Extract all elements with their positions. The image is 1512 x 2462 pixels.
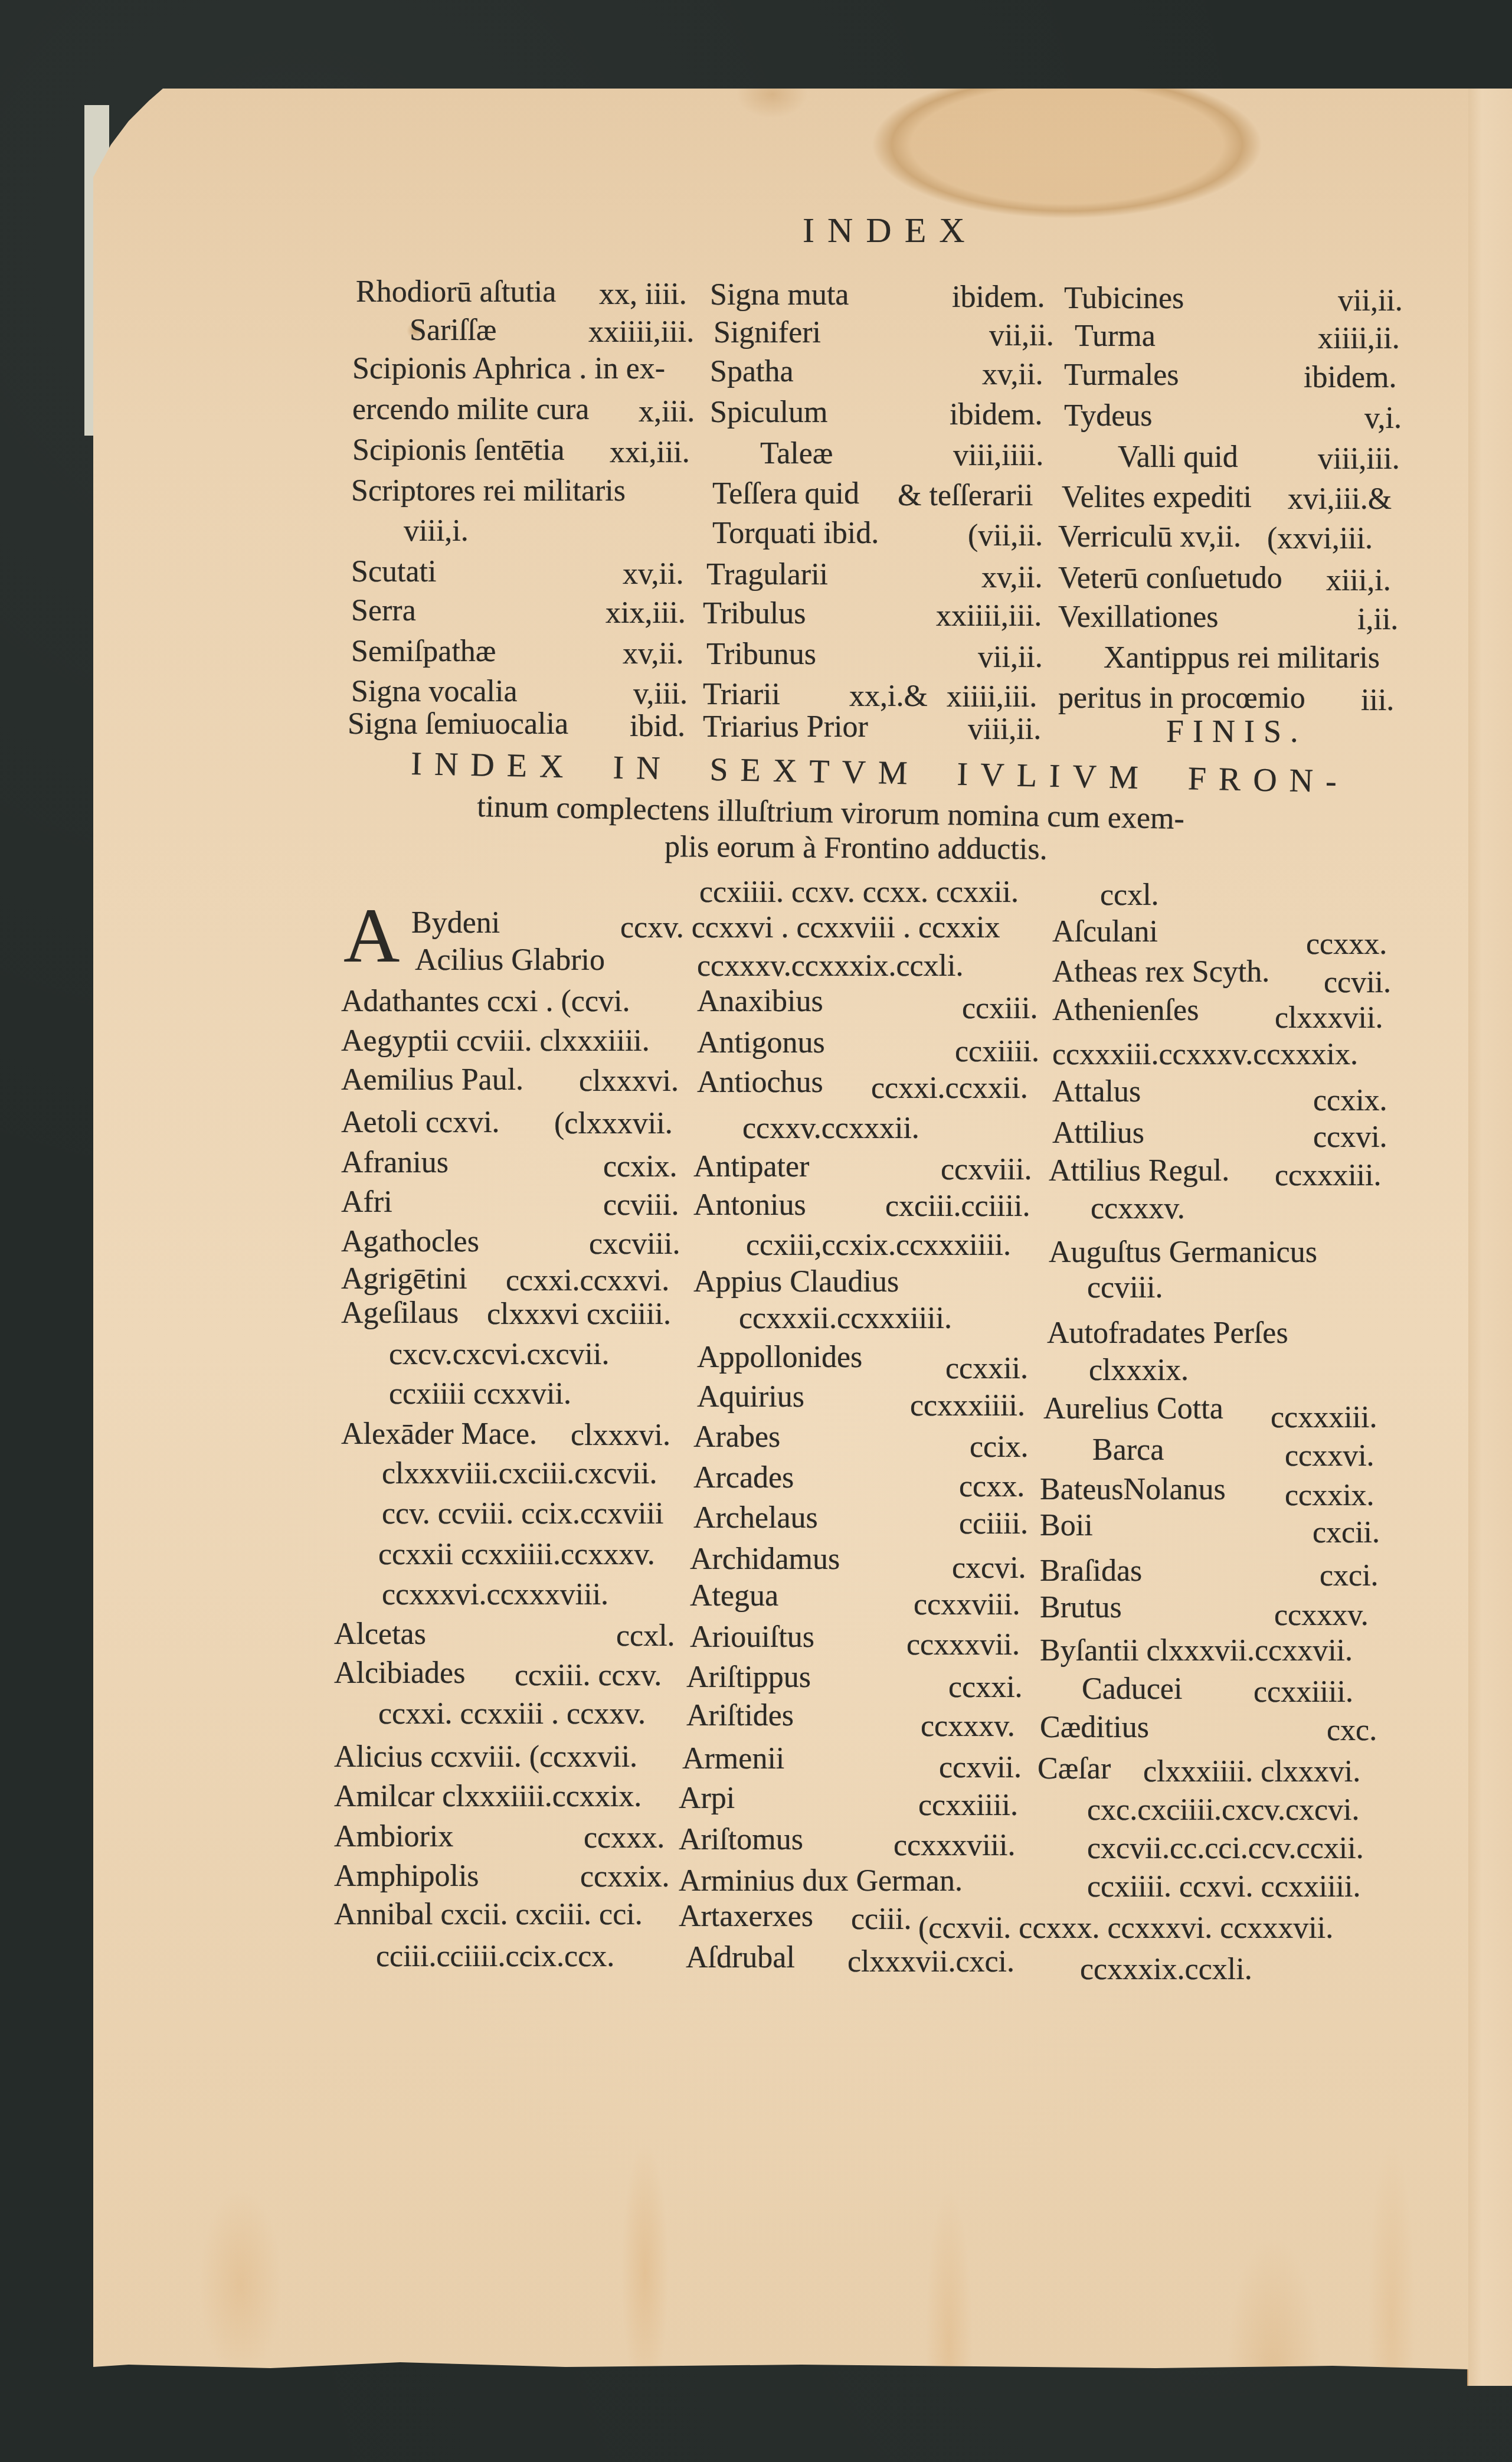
index-ref: cxc.cxciiii.cxcv.cxcvi. bbox=[1087, 1795, 1360, 1826]
index-ref: clxxxiiii. clxxxvi. bbox=[1143, 1757, 1360, 1787]
index-term: Archelaus bbox=[693, 1503, 818, 1534]
index-term: Attalus bbox=[1052, 1077, 1141, 1107]
index-ref: ccxiii. ccxv. bbox=[515, 1660, 662, 1691]
index-term: Aſculani bbox=[1052, 917, 1158, 947]
index-ref: xiii,i. bbox=[1326, 565, 1391, 596]
index-term: Tubicines bbox=[1064, 283, 1184, 314]
index-ref: cxcvi. bbox=[952, 1553, 1026, 1584]
index-ref: xiiii,ii. bbox=[1318, 323, 1400, 354]
index-term: Scipionis ſentētia bbox=[352, 435, 565, 466]
index-term: Signa ſemiuocalia bbox=[348, 709, 568, 740]
index-ref: xx,i.& bbox=[849, 681, 928, 712]
index-ref: ccxxi.ccxxvi. bbox=[506, 1266, 669, 1296]
index-ref: cxcv.cxcvi.cxcvii. bbox=[389, 1339, 609, 1370]
index-ref: ccxl. bbox=[616, 1621, 675, 1652]
index-term: Ariſtides bbox=[686, 1701, 794, 1731]
index-term: Signa vocalia bbox=[351, 676, 518, 707]
index-term: Anaxibius bbox=[697, 986, 823, 1017]
index-ref: ccxiiii. bbox=[955, 1037, 1039, 1067]
index-term: BateusNolanus bbox=[1040, 1474, 1226, 1505]
index-term: Alexāder Mace. bbox=[341, 1419, 537, 1450]
index-term: Spiculum bbox=[710, 397, 827, 428]
index-term: Cæſar bbox=[1038, 1754, 1111, 1784]
index-ref: ccxxxii.ccxxxiiii. bbox=[739, 1303, 952, 1334]
index-term: Ariouiſtus bbox=[690, 1622, 814, 1653]
index-ref: (xxvi,iii. bbox=[1267, 524, 1373, 554]
index-ref: cxc. bbox=[1327, 1715, 1377, 1746]
index-term: Caducei bbox=[1082, 1674, 1182, 1705]
index-ref: clxxxvi cxciiii. bbox=[487, 1299, 671, 1330]
index-term: Arminius dux German. bbox=[679, 1866, 963, 1897]
index-ref: clxxxix. bbox=[1089, 1355, 1189, 1386]
index-term: Artaxerxes bbox=[679, 1901, 813, 1932]
index-ref: ccxvii. bbox=[939, 1753, 1022, 1783]
index-ref: xix,iii. bbox=[606, 598, 686, 629]
index-ref: clxxxvi. bbox=[579, 1066, 679, 1097]
index-ref: ccv. ccviii. ccix.ccxviii bbox=[382, 1499, 663, 1529]
index-ref: xiiii,iii. bbox=[947, 682, 1037, 712]
index-term: Ambiorix bbox=[334, 1822, 453, 1852]
index-ref: xv,ii. bbox=[623, 559, 684, 590]
index-term: Armenii bbox=[682, 1744, 784, 1774]
index-ref: ccxiii. bbox=[962, 993, 1038, 1024]
index-term: Antonius bbox=[693, 1190, 806, 1221]
index-ref: ccxviii. bbox=[941, 1155, 1032, 1185]
index-term: Appollonides bbox=[697, 1342, 862, 1373]
index-term: Tribulus bbox=[703, 599, 806, 629]
index-term: Acilius Glabrio bbox=[415, 945, 605, 976]
index-ref: iii. bbox=[1361, 685, 1394, 716]
index-term: Verriculū xv,ii. bbox=[1058, 522, 1241, 552]
index-ref: ccxxxv. bbox=[921, 1711, 1015, 1742]
index-term: Aemilius Paul. bbox=[341, 1065, 523, 1096]
index-term: Antigonus bbox=[697, 1028, 825, 1058]
index-ref: ccxvi. bbox=[1313, 1122, 1387, 1153]
index-ref: xxi,iii. bbox=[610, 437, 690, 468]
index-term: Signiferi bbox=[714, 318, 821, 348]
index-term: Arcades bbox=[693, 1463, 794, 1493]
index-ref: viii,i. bbox=[404, 516, 469, 547]
index-term: Aegyptii ccviii. clxxxiiii. bbox=[341, 1026, 650, 1057]
index-ref: xv,ii. bbox=[981, 563, 1043, 593]
index-ref: ccxxviii. bbox=[914, 1590, 1020, 1620]
index-term: Aquirius bbox=[697, 1382, 804, 1413]
index-ref: vii,ii. bbox=[978, 642, 1043, 673]
index-ref: clxxxvi. bbox=[571, 1420, 670, 1451]
index-term: Afri bbox=[341, 1187, 392, 1218]
index-term: Agathocles bbox=[341, 1227, 479, 1257]
index-ref: ccxxxv. bbox=[1091, 1194, 1185, 1224]
index-ref: viii,iii. bbox=[1318, 444, 1400, 475]
index-ref: i,ii. bbox=[1357, 604, 1398, 635]
index-term: Boii bbox=[1040, 1510, 1093, 1541]
index-term: ercendo milite cura bbox=[352, 394, 589, 425]
index-term: Byſantii clxxxvii.ccxxvii. bbox=[1040, 1636, 1353, 1666]
index-ref: ccxxxvi.ccxxxviii. bbox=[382, 1580, 608, 1610]
index-ref: v,i. bbox=[1364, 403, 1402, 434]
index-term: Alcetas bbox=[334, 1619, 426, 1650]
adjacent-page-edge bbox=[1467, 89, 1512, 2386]
index-term: Ageſilaus bbox=[341, 1298, 459, 1329]
index-term: Attilius Regul. bbox=[1049, 1156, 1229, 1186]
index-ref: ccxiiii. ccxvi. ccxxiiii. bbox=[1087, 1872, 1361, 1902]
index-ref: (vii,ii. bbox=[968, 521, 1043, 551]
index-ref: ccxl. bbox=[1100, 880, 1159, 911]
index-ref: xv,ii. bbox=[623, 639, 684, 669]
index-term: Tragularii bbox=[706, 560, 828, 590]
index-ref: ccix. bbox=[970, 1432, 1029, 1463]
index-term: Signa muta bbox=[710, 280, 849, 310]
index-term: Arabes bbox=[693, 1422, 780, 1453]
index-term: Afranius bbox=[341, 1147, 449, 1178]
index-term: Teſſera quid bbox=[712, 479, 859, 509]
index-ref: ccxxxix.ccxli. bbox=[1080, 1954, 1252, 1985]
index-term: Appius Claudius bbox=[693, 1267, 899, 1297]
index-ref: (ccxvii. ccxxx. ccxxxvi. ccxxxvii. bbox=[918, 1913, 1333, 1944]
index-term: Autofradates Perſes bbox=[1047, 1318, 1288, 1349]
index-term: Alcibiades bbox=[334, 1658, 465, 1689]
index-ref: vii,ii. bbox=[1338, 286, 1403, 316]
index-term: Aſdrubal bbox=[686, 1943, 795, 1973]
index-ref: clxxxvii. bbox=[1275, 1003, 1383, 1034]
index-term: Ategua bbox=[690, 1581, 778, 1611]
index-ref: ccxix. bbox=[1313, 1085, 1387, 1116]
index-ref: clxxxvii.cxci. bbox=[847, 1947, 1014, 1977]
index-term: Tydeus bbox=[1064, 401, 1152, 431]
index-ref: cxcviii. bbox=[589, 1229, 680, 1260]
index-ref: clxxxviii.cxciii.cxcvii. bbox=[382, 1459, 657, 1489]
index-ref: ccxxxv.ccxxxix.ccxli. bbox=[697, 951, 963, 982]
index-ref: ibidem. bbox=[952, 282, 1045, 313]
index-term: Bydeni bbox=[411, 908, 500, 939]
index-ref: cciiii. bbox=[959, 1509, 1028, 1539]
index-term: Antiochus bbox=[697, 1067, 823, 1098]
index-ref: ccxxxiii. bbox=[1275, 1160, 1382, 1191]
index-term: Velites expediti bbox=[1062, 482, 1252, 513]
index-term: & teſſerarii bbox=[898, 480, 1033, 511]
index-ref: xx, iiii. bbox=[599, 279, 687, 310]
index-ref: ccxxxvii. bbox=[906, 1630, 1020, 1660]
index-term: Agrigētini bbox=[341, 1264, 467, 1294]
index-ref: cciii.cciiii.ccix.ccx. bbox=[376, 1941, 614, 1972]
index-ref: ccxxvi. bbox=[1285, 1441, 1374, 1472]
index-term: peritus in procœmio bbox=[1058, 683, 1305, 714]
index-ref: viii,ii. bbox=[968, 714, 1041, 745]
index-ref: ccxxxviii. bbox=[894, 1830, 1016, 1861]
index-ref: ccxxxv. bbox=[1274, 1600, 1369, 1631]
index-ref: ccxxiiii. bbox=[1254, 1677, 1353, 1708]
index-term: Barca bbox=[1092, 1435, 1164, 1466]
index-ref: ccxxi. ccxxiii . ccxxv. bbox=[378, 1699, 646, 1729]
index-term: Brutus bbox=[1040, 1593, 1122, 1623]
index-ref: ccxxxiii.ccxxxv.ccxxxix. bbox=[1052, 1039, 1358, 1070]
index-ref: ccviii. bbox=[603, 1190, 679, 1221]
index-ref: vii,ii. bbox=[989, 321, 1054, 351]
index-term: Adathantes ccxi . (ccvi. bbox=[341, 986, 630, 1017]
index-term: Scutati bbox=[351, 557, 436, 587]
index-term: Serra bbox=[351, 596, 416, 626]
index-ref: ccxxix. bbox=[580, 1862, 670, 1892]
index-term: Xantippus rei militaris bbox=[1104, 643, 1380, 673]
index-term: Triarii bbox=[703, 679, 780, 710]
index-ref: ccxxi.ccxxii. bbox=[871, 1073, 1028, 1104]
index-term: Rhodiorū aſtutia bbox=[356, 277, 556, 308]
index-term: Ariſtomus bbox=[679, 1825, 803, 1855]
index-term: Ariſtippus bbox=[686, 1662, 811, 1693]
index-term: Torquati ibid. bbox=[712, 518, 879, 549]
index-ref: viii,iiii. bbox=[953, 440, 1043, 471]
index-ref: (clxxxvii. bbox=[554, 1109, 673, 1139]
index-ref: v,iii. bbox=[633, 679, 688, 709]
index-ref: cxciii.cciiii. bbox=[885, 1191, 1030, 1222]
index-term: Auguſtus Germanicus bbox=[1049, 1237, 1317, 1268]
index-ref: ccxx. bbox=[959, 1472, 1025, 1502]
finis-end-mark: FINIS. bbox=[1166, 715, 1307, 747]
index-ref: xxiiii,iii. bbox=[588, 317, 694, 348]
index-term: Taleæ bbox=[760, 439, 833, 469]
index-term: Semiſpathæ bbox=[351, 636, 496, 667]
index-ref: ccxiiii ccxxvii. bbox=[389, 1379, 571, 1410]
index-term: Spatha bbox=[710, 357, 794, 387]
index-term: Turmales bbox=[1064, 360, 1179, 391]
index-term: Veterū conſuetudo bbox=[1058, 563, 1282, 594]
index-ref: ibid. bbox=[630, 711, 685, 742]
index-term: Scipionis Aphrica . in ex- bbox=[352, 354, 665, 384]
index-ref: cxcii. bbox=[1313, 1518, 1380, 1548]
index-term: Alicius ccxviii. (ccxxvii. bbox=[334, 1742, 637, 1773]
index-ref: ccxiii,ccxix.ccxxxiiii. bbox=[746, 1230, 1011, 1261]
index-term: Vexillationes bbox=[1058, 602, 1219, 633]
index-term: Aetoli ccxvi. bbox=[341, 1107, 500, 1138]
index-ref: ccvii. bbox=[1324, 967, 1391, 998]
index-term: Athenienſes bbox=[1052, 995, 1199, 1026]
index-ref: ibidem. bbox=[1304, 362, 1396, 393]
index-ref: ccxxxiii. bbox=[1271, 1402, 1377, 1433]
index-term: Braſidas bbox=[1040, 1556, 1142, 1587]
index-term: Attilius bbox=[1052, 1118, 1144, 1149]
index-ref: cxcvii.cc.cci.ccv.ccxii. bbox=[1087, 1833, 1364, 1864]
index-ref: cxci. bbox=[1320, 1561, 1379, 1591]
index-ref: ccxix. bbox=[603, 1152, 678, 1182]
index-term: Antipater bbox=[693, 1152, 809, 1182]
index-ref: cciii. bbox=[851, 1904, 912, 1935]
index-term: Tribunus bbox=[706, 639, 816, 670]
index-term: Amilcar clxxxiiii.ccxxix. bbox=[334, 1781, 642, 1812]
index-ref: ibidem. bbox=[950, 400, 1042, 430]
running-head: INDEX bbox=[803, 212, 978, 248]
index-ref: xv,ii. bbox=[982, 359, 1043, 390]
index-term: Aurelius Cotta bbox=[1043, 1394, 1223, 1424]
index-ref: ccxxxiiii. bbox=[910, 1391, 1025, 1421]
index-term: Arpi bbox=[679, 1783, 735, 1814]
index-term: Turma bbox=[1075, 321, 1156, 352]
index-ref: xvi,iii.& bbox=[1288, 484, 1392, 515]
index-term: Atheas rex Scyth. bbox=[1052, 957, 1269, 988]
index-ref: xxiiii,iii. bbox=[936, 601, 1042, 632]
section-subtitle: plis eorum à Frontino adductis. bbox=[665, 832, 1048, 865]
index-ref: ccxxii. bbox=[945, 1353, 1028, 1384]
index-term: Amphipolis bbox=[334, 1861, 479, 1892]
drop-cap: A bbox=[343, 897, 400, 975]
index-ref: ccviii. bbox=[1087, 1273, 1163, 1303]
index-ref: ccxiiii. ccxv. ccxx. ccxxii. bbox=[699, 877, 1019, 908]
index-term: Triarius Prior bbox=[703, 712, 868, 743]
index-ref: ccxxx. bbox=[1306, 929, 1387, 960]
index-ref: x,iii. bbox=[639, 397, 695, 427]
index-term: Valli quid bbox=[1118, 442, 1238, 473]
index-term: Cæditius bbox=[1040, 1712, 1149, 1743]
index-term: Scriptores rei militaris bbox=[351, 476, 626, 506]
index-ref: ccxxix. bbox=[1285, 1480, 1374, 1511]
index-ref: ccxxiiii. bbox=[918, 1790, 1018, 1821]
index-ref: ccxxii ccxxiiii.ccxxxv. bbox=[378, 1539, 655, 1570]
index-ref: ccxxx. bbox=[584, 1823, 665, 1853]
index-ref: ccxxv.ccxxxii. bbox=[742, 1113, 919, 1144]
index-ref: ccxxi. bbox=[948, 1672, 1023, 1703]
index-term: Sariſſæ bbox=[410, 315, 496, 346]
index-term: Annibal cxcii. cxciii. cci. bbox=[334, 1899, 643, 1930]
index-ref: ccxv. ccxxvi . ccxxviii . ccxxix bbox=[620, 913, 1000, 943]
index-term: Archidamus bbox=[690, 1544, 840, 1575]
